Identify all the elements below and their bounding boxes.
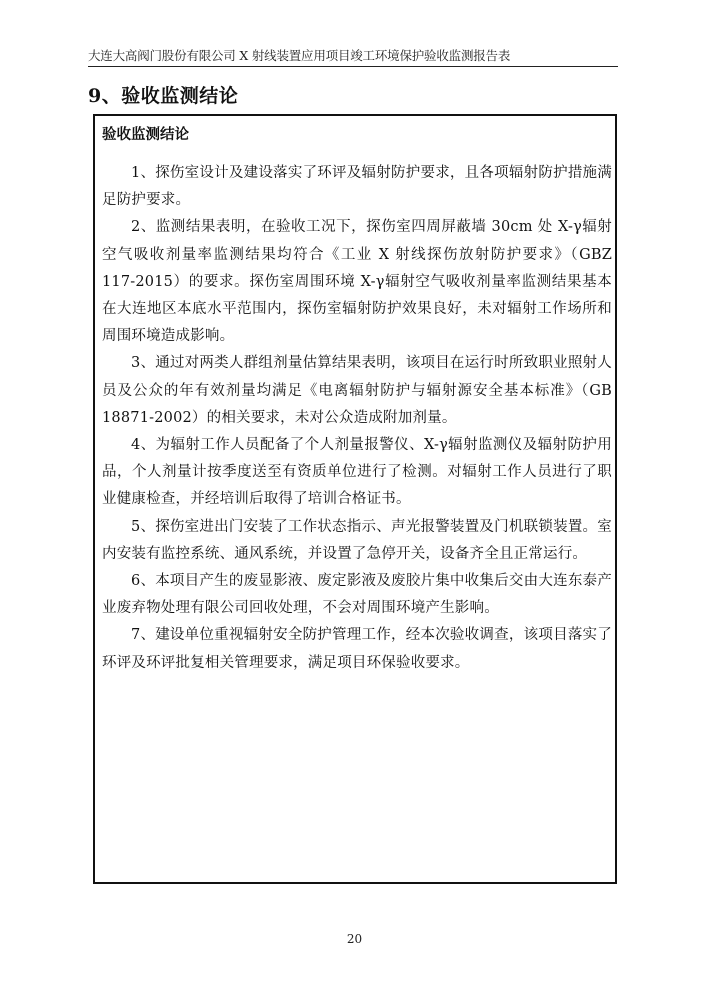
- conclusion-box: 验收监测结论 1、探伤室设计及建设落实了环评及辐射防护要求，且各项辐射防护措施满…: [93, 114, 617, 884]
- conclusion-paragraph-2: 2、监测结果表明，在验收工况下，探伤室四周屏蔽墙 30cm 处 X-γ辐射空气吸…: [102, 214, 612, 350]
- conclusion-paragraphs: 1、探伤室设计及建设落实了环评及辐射防护要求，且各项辐射防护措施满足防护要求。 …: [102, 160, 612, 677]
- conclusion-paragraph-1: 1、探伤室设计及建设落实了环评及辐射防护要求，且各项辐射防护措施满足防护要求。: [102, 160, 612, 214]
- conclusion-paragraph-3: 3、通过对两类人群组剂量估算结果表明，该项目在运行时所致职业照射人员及公众的年有…: [102, 350, 612, 432]
- box-heading: 验收监测结论: [102, 125, 189, 145]
- running-header: 大连大高阀门股份有限公司 X 射线装置应用项目竣工环境保护验收监测报告表: [88, 48, 618, 64]
- conclusion-paragraph-5: 5、探伤室进出门安装了工作状态指示、声光报警装置及门机联锁装置。室内安装有监控系…: [102, 514, 612, 568]
- conclusion-paragraph-4: 4、为辐射工作人员配备了个人剂量报警仪、X-γ辐射监测仪及辐射防护用品，个人剂量…: [102, 432, 612, 514]
- section-title: 9、验收监测结论: [88, 84, 238, 108]
- header-rule: [88, 66, 618, 67]
- conclusion-paragraph-7: 7、建设单位重视辐射安全防护管理工作，经本次验收调查，该项目落实了环评及环评批复…: [102, 622, 612, 676]
- page-number: 20: [0, 932, 709, 946]
- conclusion-paragraph-6: 6、本项目产生的废显影液、废定影液及废胶片集中收集后交由大连东泰产业废弃物处理有…: [102, 568, 612, 622]
